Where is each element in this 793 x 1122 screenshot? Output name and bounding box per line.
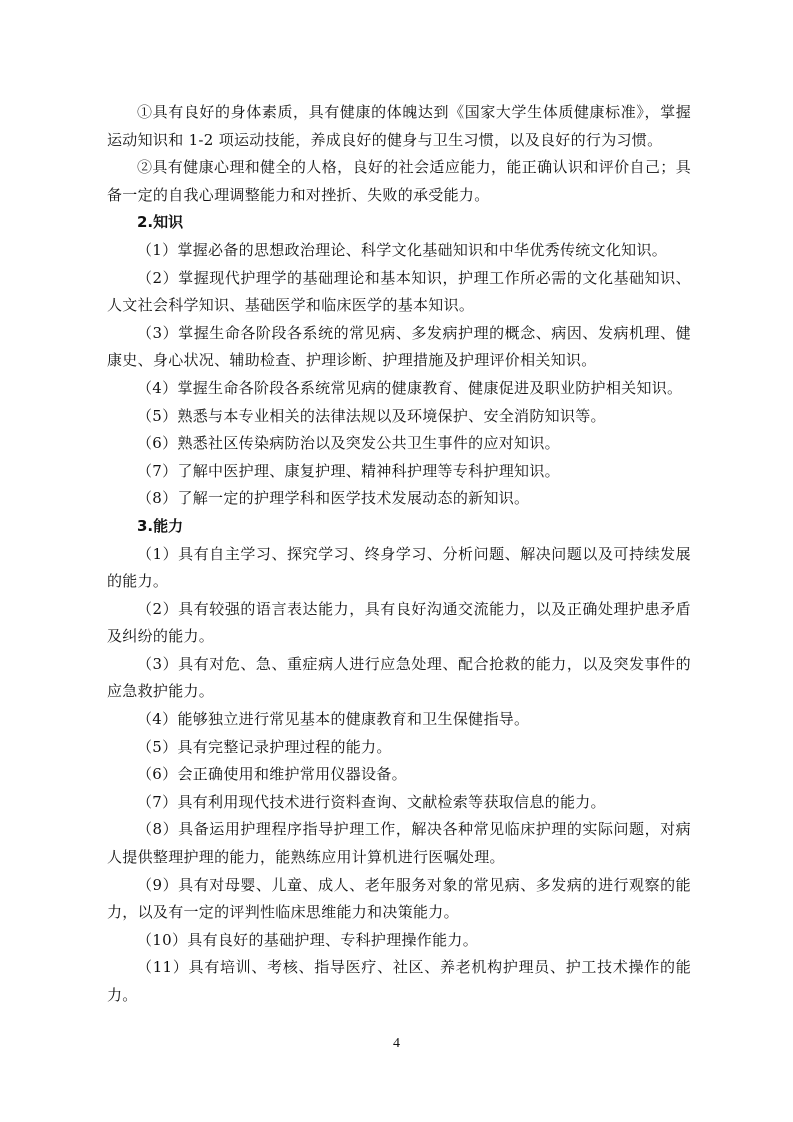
ability-item: （2）具有较强的语言表达能力，具有良好沟通交流能力，以及正确处理护患矛盾及纠纷的… — [107, 596, 691, 651]
paragraph-physical-quality: ①具有良好的身体素质，具有健康的体魄达到《国家大学生体质健康标准》，掌握运动知识… — [107, 99, 691, 154]
ability-item: （6）会正确使用和维护常用仪器设备。 — [107, 761, 691, 789]
section-heading-knowledge: 2.知识 — [107, 209, 691, 237]
ability-item: （4）能够独立进行常见基本的健康教育和卫生保健指导。 — [107, 706, 691, 734]
ability-item: （5）具有完整记录护理过程的能力。 — [107, 734, 691, 762]
ability-item: （7）具有利用现代技术进行资料查询、文献检索等获取信息的能力。 — [107, 789, 691, 817]
ability-item: （10）具有良好的基础护理、专科护理操作能力。 — [107, 927, 691, 955]
section-heading-ability: 3.能力 — [107, 513, 691, 541]
ability-item: （3）具有对危、急、重症病人进行应急处理、配合抢救的能力，以及突发事件的应急救护… — [107, 651, 691, 706]
ability-item: （8）具备运用护理程序指导护理工作，解决各种常见临床护理的实际问题，对病人提供整… — [107, 816, 691, 871]
document-page-body: ①具有良好的身体素质，具有健康的体魄达到《国家大学生体质健康标准》，掌握运动知识… — [107, 99, 691, 1010]
knowledge-item: （5）熟悉与本专业相关的法律法规以及环境保护、安全消防知识等。 — [107, 403, 691, 431]
knowledge-item: （3）掌握生命各阶段各系统的常见病、多发病护理的概念、病因、发病机理、健康史、身… — [107, 320, 691, 375]
knowledge-item: （6）熟悉社区传染病防治以及突发公共卫生事件的应对知识。 — [107, 430, 691, 458]
knowledge-item: （8）了解一定的护理学科和医学技术发展动态的新知识。 — [107, 485, 691, 513]
ability-item: （11）具有培训、考核、指导医疗、社区、养老机构护理员、护工技术操作的能力。 — [107, 954, 691, 1009]
knowledge-item: （4）掌握生命各阶段各系统常见病的健康教育、健康促进及职业防护相关知识。 — [107, 375, 691, 403]
knowledge-item: （2）掌握现代护理学的基础理论和基本知识，护理工作所必需的文化基础知识、人文社会… — [107, 265, 691, 320]
ability-item: （9）具有对母婴、儿童、成人、老年服务对象的常见病、多发病的进行观察的能力，以及… — [107, 872, 691, 927]
knowledge-item: （7）了解中医护理、康复护理、精神科护理等专科护理知识。 — [107, 458, 691, 486]
page-number: 4 — [0, 1036, 793, 1052]
knowledge-item: （1）掌握必备的思想政治理论、科学文化基础知识和中华优秀传统文化知识。 — [107, 237, 691, 265]
ability-item: （1）具有自主学习、探究学习、终身学习、分析问题、解决问题以及可持续发展的能力。 — [107, 541, 691, 596]
paragraph-mental-health: ②具有健康心理和健全的人格，良好的社会适应能力，能正确认识和评价自己；具备一定的… — [107, 154, 691, 209]
